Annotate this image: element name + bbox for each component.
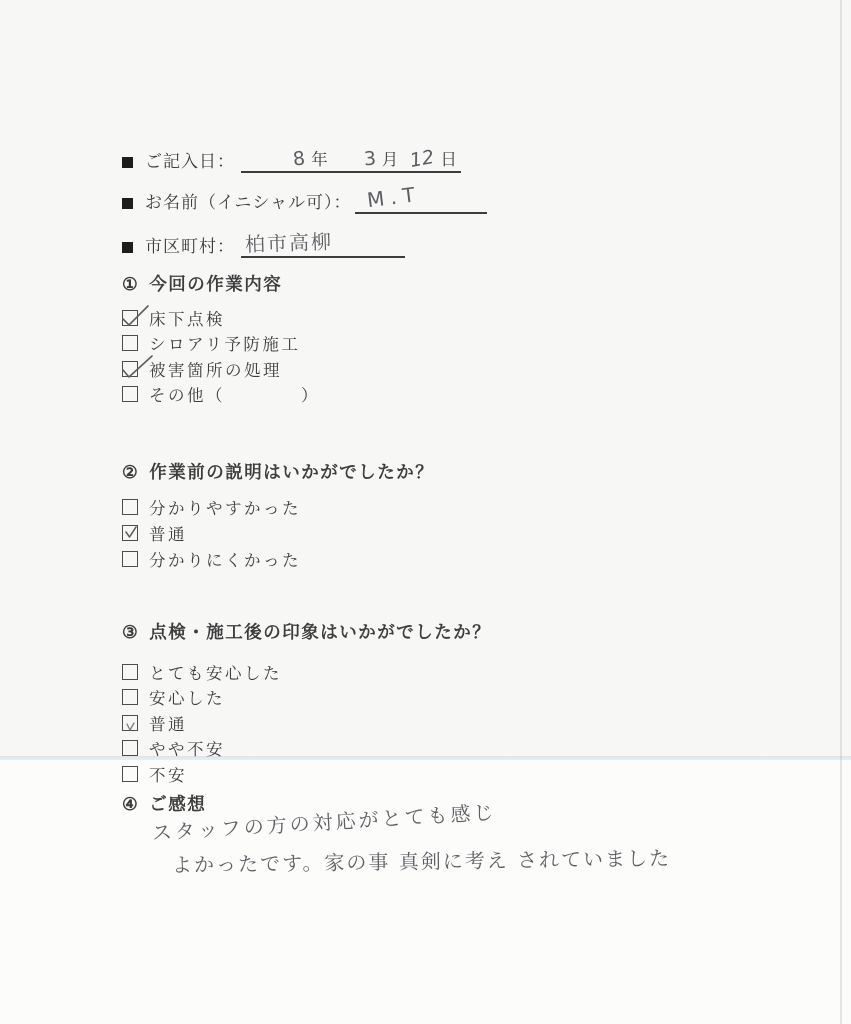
option-label: 床下点検 [149,306,225,330]
comment-handwritten-line-2: よかったです。家の事 真剣に考え されていました [172,847,671,876]
option-label: 普通 [149,521,187,545]
option-row: 分かりやすかった [122,499,301,514]
checkbox-slightly-anxious[interactable] [122,740,138,756]
section-4-number: ④ [122,794,139,814]
section-4-heading: ご感想 [149,794,206,814]
option-label: 分かりやすかった [149,495,301,519]
checkbox-relieved[interactable] [122,689,138,705]
option-label: やや不安 [149,736,225,760]
option-label: 不安 [149,762,187,786]
date-day-handwritten-value: 12 [409,147,436,172]
option-label: 分かりにくかった [149,547,301,571]
date-month-handwritten-value: 3 [363,149,377,171]
section-3-heading: 点検・施工後の印象はいかがでしたか？ [149,622,491,642]
section-1-options: 床下点検 シロアリ予防施工 被害箇所の処理 その他（ ） [122,310,320,412]
option-label: シロアリ予防施工 [149,331,300,355]
option-row: 床下点検 [122,310,320,325]
option-label: 安心した [149,685,225,709]
option-row: その他（ ） [122,387,320,402]
section-2-title: ②作業前の説明はいかがでしたか？ [122,459,434,484]
option-label: 被害箇所の処理 [149,357,282,381]
name-write-in-line[interactable]: M.T [355,188,487,214]
section-3-number: ③ [122,622,139,642]
option-row: やや不安 [122,741,282,756]
option-row: 普通 [122,715,282,730]
date-write-in-line[interactable]: 8 年 3 月 12 日 [241,146,461,173]
option-row: とても安心した [122,664,282,679]
checkbox-easy-to-understand[interactable] [122,499,138,515]
option-row: シロアリ予防施工 [122,336,320,351]
option-row: 分かりにくかった [122,551,301,566]
city-write-in-line[interactable]: 柏市高柳 [241,230,405,258]
option-row: 被害箇所の処理 [122,361,320,376]
section-1-heading: 今回の作業内容 [149,274,282,294]
section-3-options: とても安心した 安心した 普通 やや不安 不安 [122,664,282,792]
city-handwritten-value: 柏市高柳 [245,230,334,255]
checkbox-impression-normal[interactable] [122,715,138,731]
square-bullet-icon [122,198,133,209]
option-row: 不安 [122,766,282,781]
checkmark-icon [123,524,141,542]
section-3-title: ③点検・施工後の印象はいかがでしたか？ [122,619,491,644]
date-year-handwritten-value: 8 [292,149,306,171]
section-2-heading: 作業前の説明はいかがでしたか？ [149,462,434,482]
section-2-options: 分かりやすかった 普通 分かりにくかった [122,499,301,577]
section-4-title: ④ご感想 [122,791,206,816]
square-bullet-icon [122,157,133,168]
city-field-label: 市区町村： [145,236,235,258]
option-label: その他（ ） [149,382,320,406]
date-year-unit: 年 [311,146,330,170]
checkbox-anxious[interactable] [122,766,138,782]
scan-edge-line [840,0,842,1024]
checkbox-explanation-normal[interactable] [122,525,138,541]
date-day-unit: 日 [440,146,459,170]
date-field-row: ご記入日： 8 年 3 月 12 日 [122,146,461,173]
checkbox-underfloor-inspection[interactable] [122,310,138,326]
square-bullet-icon [122,242,133,253]
option-row: 安心した [122,690,282,705]
city-field-row: 市区町村： 柏市高柳 [122,230,405,258]
checkmark-icon [121,352,155,380]
name-field-row: お名前（イニシャル可）： M.T [122,188,487,214]
date-field-label: ご記入日： [145,151,235,173]
checkbox-other[interactable] [122,386,138,402]
survey-form-page: ご記入日： 8 年 3 月 12 日 お名前（イニシャル可）： M.T 市区町村… [0,0,851,1024]
name-handwritten-value: M.T [366,183,422,211]
option-label: 普通 [149,711,187,735]
option-row: 普通 [122,525,301,540]
checkbox-termite-prevention[interactable] [122,335,138,351]
option-label: とても安心した [149,660,282,684]
checkbox-hard-to-understand[interactable] [122,551,138,567]
section-2-number: ② [122,462,139,482]
section-1-title: ①今回の作業内容 [122,271,282,296]
name-field-label: お名前（イニシャル可）： [145,192,351,214]
checkmark-icon [120,302,150,328]
checkbox-very-relieved[interactable] [122,664,138,680]
date-month-unit: 月 [382,146,401,170]
checkmark-icon [124,718,140,734]
checkbox-damage-treatment[interactable] [122,361,138,377]
section-1-number: ① [122,274,139,294]
